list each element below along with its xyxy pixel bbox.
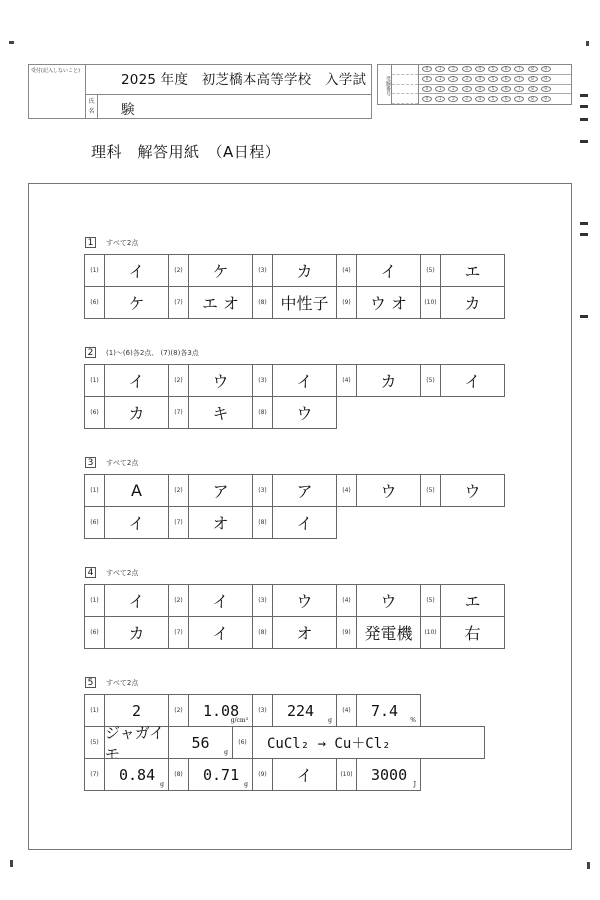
answer-text: ウ	[380, 589, 396, 612]
answer-row: (5)ジャガイモ56g(6)CuCl₂ → Cu＋Cl₂	[85, 726, 485, 759]
answer-cell[interactable]: オ	[272, 616, 337, 649]
answer-text: 0.71	[203, 766, 239, 784]
timing-mark	[580, 118, 588, 121]
answer-text: カ	[464, 291, 480, 314]
section-points-note: (1)～(6)各2点、 (7)(8)各3点	[106, 348, 199, 358]
section-points-note: すべて2点	[106, 458, 138, 468]
answer-cell[interactable]: イ	[356, 254, 421, 287]
answer-row: (1)イ(2)ケ(3)カ(4)イ(5)エ	[85, 254, 505, 287]
digit-bubble[interactable]: 1	[435, 86, 445, 92]
answer-text: ケ	[212, 259, 228, 282]
exam-number-label: 受験番号	[378, 65, 392, 104]
exam-number-bubble-row: 0123456789	[419, 85, 571, 95]
question-number: (1)	[84, 474, 105, 507]
answer-text: ケ	[128, 291, 144, 314]
digit-bubble[interactable]: 3	[462, 86, 472, 92]
answer-text: ウ	[296, 401, 312, 424]
answer-cell[interactable]: イ	[188, 584, 253, 617]
question-number: (1)	[84, 254, 105, 287]
unit-label: g	[224, 749, 228, 756]
question-number: (10)	[420, 616, 441, 649]
exam-number-bubbles: 0123456789012345678901234567890123456789	[419, 65, 571, 104]
digit-bubble[interactable]: 5	[488, 76, 498, 82]
question-number: (7)	[168, 286, 189, 319]
timing-mark	[580, 315, 588, 318]
answer-cell[interactable]: ウ	[272, 584, 337, 617]
answer-text: CuCl₂ → Cu＋Cl₂	[267, 733, 391, 753]
question-number: (7)	[168, 616, 189, 649]
question-number: (4)	[336, 474, 357, 507]
answer-cell[interactable]: ウ	[188, 364, 253, 397]
answer-text: エ オ	[202, 291, 239, 314]
digit-bubble[interactable]: 9	[541, 86, 551, 92]
answer-cell[interactable]: 右	[440, 616, 505, 649]
answer-cell[interactable]: 224g	[272, 694, 337, 727]
digit-bubble[interactable]: 1	[435, 76, 445, 82]
digit-bubble[interactable]: 5	[488, 86, 498, 92]
question-number: (2)	[168, 254, 189, 287]
answer-cell[interactable]: イ	[104, 254, 169, 287]
section-number: 5	[85, 677, 96, 688]
answer-text: カ	[128, 621, 144, 644]
answer-text: カ	[380, 369, 396, 392]
digit-bubble[interactable]: 0	[422, 66, 432, 72]
question-number: (7)	[168, 506, 189, 539]
question-number: (4)	[336, 694, 357, 727]
answer-cell[interactable]: イ	[104, 506, 169, 539]
answer-text: エ	[464, 259, 480, 282]
section-points-note: すべて2点	[106, 238, 138, 248]
section-number: 3	[85, 457, 96, 468]
digit-bubble[interactable]: 5	[488, 66, 498, 72]
answer-text: イ	[296, 369, 312, 392]
answer-text: イ	[296, 511, 312, 534]
answer-cell[interactable]: イ	[272, 506, 337, 539]
exam-number-bubble-row: 0123456789	[419, 94, 571, 104]
answer-text: 2	[132, 702, 141, 720]
question-number: (1)	[84, 364, 105, 397]
question-number: (3)	[252, 254, 273, 287]
answer-row: (6)ケ(7)エ オ(8)中性子(9)ウ オ(10)カ	[85, 286, 505, 319]
question-number: (6)	[84, 286, 105, 319]
answer-cell[interactable]: 1.08g/cm³	[188, 694, 253, 727]
answer-cell[interactable]: 0.71g	[188, 758, 253, 791]
name-label: 氏名	[86, 95, 98, 118]
question-number: (3)	[252, 694, 273, 727]
exam-number-box: 受験番号 01234567890123456789012345678901234…	[377, 64, 572, 105]
answer-cell[interactable]: ウ	[356, 584, 421, 617]
answer-text: 224	[287, 702, 314, 720]
answer-text: オ	[296, 621, 312, 644]
question-number: (4)	[336, 254, 357, 287]
answer-cell[interactable]: キ	[188, 396, 253, 429]
answer-text: ウ オ	[370, 291, 407, 314]
digit-bubble[interactable]: 2	[448, 86, 458, 92]
digit-bubble[interactable]: 7	[514, 76, 524, 82]
answer-cell[interactable]: イ	[104, 364, 169, 397]
question-number: (9)	[336, 286, 357, 319]
answer-row: (1)A(2)ア(3)ア(4)ウ(5)ウ	[85, 474, 505, 507]
digit-bubble[interactable]: 7	[514, 66, 524, 72]
answer-cell[interactable]: 中性子	[272, 286, 337, 319]
answer-cell[interactable]: 7.4%	[356, 694, 421, 727]
answer-text: イ	[212, 621, 228, 644]
question-number: (1)	[84, 694, 105, 727]
answer-row: (6)カ(7)イ(8)オ(9)発電機(10)右	[85, 616, 505, 649]
unit-label: g	[328, 717, 332, 724]
section-header: 1すべて2点	[85, 237, 138, 248]
timing-mark	[580, 233, 588, 236]
section-number: 1	[85, 237, 96, 248]
answer-text: イ	[128, 369, 144, 392]
answer-text: A	[131, 481, 142, 500]
answer-text: 右	[464, 621, 480, 644]
answer-text: オ	[212, 511, 228, 534]
question-number: (3)	[252, 584, 273, 617]
answer-cell[interactable]: ア	[188, 474, 253, 507]
answer-row: (6)イ(7)オ(8)イ	[85, 506, 337, 539]
section-header: 2(1)～(6)各2点、 (7)(8)各3点	[85, 347, 199, 358]
digit-bubble[interactable]: 4	[475, 96, 485, 102]
timing-mark	[580, 94, 588, 97]
exam-number-write-area[interactable]	[392, 65, 419, 104]
office-use-label: 受付(記入しないこと)	[31, 68, 80, 74]
answer-text: イ	[128, 511, 144, 534]
digit-bubble[interactable]: 9	[541, 76, 551, 82]
answer-text: 発電機	[364, 621, 412, 644]
answer-text: 3000	[371, 766, 407, 784]
exam-number-bubble-row: 0123456789	[419, 65, 571, 75]
answer-cell[interactable]: イ	[272, 758, 337, 791]
question-number: (6)	[84, 396, 105, 429]
answer-row: (1)イ(2)ウ(3)イ(4)カ(5)イ	[85, 364, 505, 397]
question-number: (6)	[84, 616, 105, 649]
answer-text: ア	[212, 479, 228, 502]
answer-cell[interactable]: エ	[440, 584, 505, 617]
timing-mark	[580, 105, 588, 108]
unit-label: g/cm³	[231, 717, 248, 724]
digit-bubble[interactable]: 7	[514, 96, 524, 102]
digit-bubble[interactable]: 7	[514, 86, 524, 92]
question-number: (8)	[252, 286, 273, 319]
question-number: (6)	[232, 726, 253, 759]
digit-bubble[interactable]: 0	[422, 86, 432, 92]
answer-text: ウ	[296, 589, 312, 612]
answer-cell[interactable]: ウ	[440, 474, 505, 507]
question-number: (8)	[252, 506, 273, 539]
question-number: (6)	[84, 506, 105, 539]
answer-row: (7)0.84g(8)0.71g(9)イ(10)3000J	[85, 758, 421, 791]
answer-text: ウ	[380, 479, 396, 502]
digit-bubble[interactable]: 8	[528, 76, 538, 82]
section-number: 4	[85, 567, 96, 578]
answer-cell[interactable]: カ	[104, 396, 169, 429]
question-number: (9)	[336, 616, 357, 649]
answer-text: カ	[296, 259, 312, 282]
digit-bubble[interactable]: 3	[462, 96, 472, 102]
answer-text: イ	[212, 589, 228, 612]
registration-mark-bottom-left	[10, 860, 13, 867]
question-number: (7)	[84, 758, 105, 791]
question-number: (8)	[252, 396, 273, 429]
answer-text: ア	[296, 479, 312, 502]
question-number: (8)	[252, 616, 273, 649]
digit-bubble[interactable]: 8	[528, 86, 538, 92]
question-number: (5)	[420, 474, 441, 507]
answer-text: エ	[464, 589, 480, 612]
section-header: 3すべて2点	[85, 457, 138, 468]
unit-label: %	[410, 717, 416, 724]
question-number: (4)	[336, 584, 357, 617]
digit-bubble[interactable]: 9	[541, 66, 551, 72]
answer-cell[interactable]: 0.84g	[104, 758, 169, 791]
answer-cell[interactable]: イ	[104, 584, 169, 617]
answer-text: キ	[212, 401, 228, 424]
digit-bubble[interactable]: 2	[448, 66, 458, 72]
registration-mark-top-left	[9, 41, 14, 44]
digit-bubble[interactable]: 1	[435, 66, 445, 72]
answer-cell[interactable]: カ	[272, 254, 337, 287]
timing-mark	[580, 140, 588, 143]
answer-cell[interactable]: イ	[440, 364, 505, 397]
question-number: (10)	[336, 758, 357, 791]
section-header: 5すべて2点	[85, 677, 138, 688]
question-number: (3)	[252, 364, 273, 397]
question-number: (8)	[168, 758, 189, 791]
answer-cell[interactable]: ケ	[104, 286, 169, 319]
question-number: (5)	[420, 584, 441, 617]
section-number: 2	[85, 347, 96, 358]
answer-text: 56	[191, 734, 209, 752]
name-field[interactable]	[99, 96, 371, 118]
question-number: (2)	[168, 584, 189, 617]
digit-bubble[interactable]: 2	[448, 96, 458, 102]
answer-cell[interactable]: ウ	[356, 474, 421, 507]
answer-row: (1)イ(2)イ(3)ウ(4)ウ(5)エ	[85, 584, 505, 617]
answer-cell[interactable]: カ	[104, 616, 169, 649]
answer-text: イ	[128, 589, 144, 612]
answer-cell[interactable]: ケ	[188, 254, 253, 287]
exam-header: 受付(記入しないこと) 2025 年度 初芝橋本高等学校 入学試験 氏名	[28, 64, 372, 119]
question-number: (9)	[252, 758, 273, 791]
answer-text: ウ	[464, 479, 480, 502]
answer-cell[interactable]: A	[104, 474, 169, 507]
digit-bubble[interactable]: 4	[475, 76, 485, 82]
answer-cell[interactable]: エ オ	[188, 286, 253, 319]
digit-bubble[interactable]: 1	[435, 96, 445, 102]
unit-label: g	[244, 781, 248, 788]
section-header: 4すべて2点	[85, 567, 138, 578]
answer-text: カ	[128, 401, 144, 424]
digit-bubble[interactable]: 8	[528, 66, 538, 72]
answer-cell[interactable]: ウ オ	[356, 286, 421, 319]
digit-bubble[interactable]: 6	[501, 66, 511, 72]
exam-number-bubble-row: 0123456789	[419, 75, 571, 85]
registration-mark-top-right	[586, 41, 589, 46]
answer-text: 0.84	[119, 766, 155, 784]
subject-title: 理科 解答用紙 （A日程）	[91, 141, 280, 162]
digit-bubble[interactable]: 6	[501, 96, 511, 102]
timing-mark	[580, 222, 588, 225]
answer-cell[interactable]: ジャガイモ	[104, 726, 169, 759]
office-use-box: 受付(記入しないこと)	[29, 65, 86, 118]
question-number: (3)	[252, 474, 273, 507]
question-number: (4)	[336, 364, 357, 397]
question-number: (5)	[420, 364, 441, 397]
digit-bubble[interactable]: 0	[422, 96, 432, 102]
answer-cell[interactable]: カ	[440, 286, 505, 319]
answer-text: イ	[380, 259, 396, 282]
answer-cell[interactable]: ウ	[272, 396, 337, 429]
digit-bubble[interactable]: 5	[488, 96, 498, 102]
answer-cell[interactable]: ア	[272, 474, 337, 507]
answer-text: ウ	[212, 369, 228, 392]
digit-bubble[interactable]: 9	[541, 96, 551, 102]
registration-mark-bottom-right	[587, 862, 590, 869]
question-number: (1)	[84, 584, 105, 617]
answer-row: (6)カ(7)キ(8)ウ	[85, 396, 337, 429]
answer-cell[interactable]: 発電機	[356, 616, 421, 649]
answer-cell[interactable]: 56g	[168, 726, 233, 759]
question-number: (2)	[168, 474, 189, 507]
answer-text: イ	[128, 259, 144, 282]
answer-text: 中性子	[280, 291, 328, 314]
answer-cell[interactable]: エ	[440, 254, 505, 287]
answer-cell[interactable]: イ	[188, 616, 253, 649]
section-points-note: すべて2点	[106, 568, 138, 578]
digit-bubble[interactable]: 4	[475, 86, 485, 92]
question-number: (10)	[420, 286, 441, 319]
digit-bubble[interactable]: 8	[528, 96, 538, 102]
digit-bubble[interactable]: 6	[501, 86, 511, 92]
answer-cell[interactable]: CuCl₂ → Cu＋Cl₂	[252, 726, 485, 759]
digit-bubble[interactable]: 0	[422, 76, 432, 82]
answer-text: 7.4	[371, 702, 398, 720]
digit-bubble[interactable]: 2	[448, 76, 458, 82]
question-number: (5)	[84, 726, 105, 759]
unit-label: J	[414, 781, 416, 788]
unit-label: g	[160, 781, 164, 788]
digit-bubble[interactable]: 6	[501, 76, 511, 82]
question-number: (5)	[420, 254, 441, 287]
section-points-note: すべて2点	[106, 678, 138, 688]
question-number: (2)	[168, 694, 189, 727]
answer-cell[interactable]: イ	[272, 364, 337, 397]
answer-cell[interactable]: カ	[356, 364, 421, 397]
exam-title: 2025 年度 初芝橋本高等学校 入学試験	[86, 65, 371, 95]
answer-text: イ	[464, 369, 480, 392]
digit-bubble[interactable]: 3	[462, 66, 472, 72]
question-number: (7)	[168, 396, 189, 429]
question-number: (2)	[168, 364, 189, 397]
answer-cell[interactable]: オ	[188, 506, 253, 539]
digit-bubble[interactable]: 4	[475, 66, 485, 72]
answer-cell[interactable]: 3000J	[356, 758, 421, 791]
digit-bubble[interactable]: 3	[462, 76, 472, 82]
answer-text: イ	[296, 763, 312, 786]
